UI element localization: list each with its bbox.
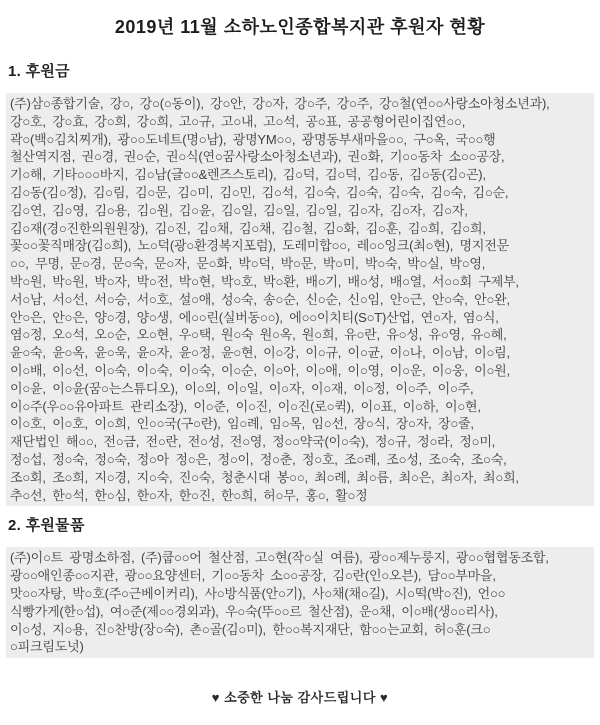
donor-line: 조○회, 조○희, 지○경, 지○숙, 진○숙, 청춘시대 봉○○, 최○례, … xyxy=(10,469,594,487)
donor-line: 김○재(경○진한의원원장), 김○진, 김○채, 김○채, 김○철, 김○화, … xyxy=(10,220,594,238)
donor-line: 이○주(우○○유아파트 관리소장), 이○준, 이○진, 이○진(로○퀵), 이… xyxy=(10,398,594,416)
donor-line: 식빵가게(한○섭), 여○준(제○○경외과), 우○숙(뚜○○르 철산점), 운… xyxy=(10,603,594,621)
donor-line: 이○윤, 이○윤(꿈○는스튜디오), 이○의, 이○일, 이○자, 이○재, 이… xyxy=(10,380,594,398)
donation-donor-list: (주)삼○종합기술, 강○, 강○(○동이), 강○안, 강○자, 강○주, 강… xyxy=(6,93,594,506)
donor-line: 박○원, 박○원, 박○자, 박○전, 박○현, 박○호, 박○환, 배○기, … xyxy=(10,273,594,291)
donor-line: 광○○애인종○○지관, 광○○요양센터, 기○○동차 소○○공장, 김○란(인○… xyxy=(10,567,594,585)
donor-line: 철산역지점, 권○경, 권○순, 권○식(연○꿈사랑소아청소년과), 권○화, … xyxy=(10,148,594,166)
donor-line: 서○남, 서○선, 서○승, 서○호, 설○애, 성○숙, 송○순, 신○순, … xyxy=(10,291,594,309)
donor-line: 꽃○○꽃직매장(김○희), 노○덕(광○환경복지포럼), 도레미합○○, 레○○… xyxy=(10,237,594,255)
donor-line: 강○호, 강○효, 강○희, 강○희, 고○규, 고○내, 고○석, 공○표, … xyxy=(10,113,594,131)
thank-you-message: ♥ 소중한 나눔 감사드립니다 ♥ xyxy=(0,690,600,705)
donor-line: 곽○(백○김치찌개), 광○○도네트(명○남), 광명YM○○, 광명동부새마을… xyxy=(10,131,594,149)
donor-line: 기○해, 기타○○○바지, 김○남(글○○&렌즈스토리), 김○덕, 김○덕, … xyxy=(10,166,594,184)
donor-line: 이○성, 지○용, 진○찬방(장○숙), 촌○골(김○미), 한○○복지재단, … xyxy=(10,621,594,639)
donor-line: 정○섭, 정○숙, 정○숙, 정○아 정○은, 정○이, 정○춘, 정○호, 조… xyxy=(10,451,594,469)
donor-line: 윤○숙, 윤○옥, 윤○욱, 윤○자, 윤○정, 윤○현, 이○강, 이○규, … xyxy=(10,344,594,362)
donor-line: ○○, 무명, 문○경, 문○숙, 문○자, 문○화, 박○덕, 박○문, 박○… xyxy=(10,255,594,273)
donor-line: 맛○○자탕, 박○호(주○근베이커리), 사○방식품(안○기), 사○채(채○길… xyxy=(10,585,594,603)
document-title: 2019년 11월 소하노인종합복지관 후원자 현황 xyxy=(0,16,600,38)
donor-line: 김○동(김○정), 김○림, 김○문, 김○미, 김○민, 김○석, 김○숙, … xyxy=(10,184,594,202)
donor-line: 김○연, 김○영, 김○용, 김○원, 김○윤, 김○일, 김○일, 김○일, … xyxy=(10,202,594,220)
donor-line: (주)삼○종합기술, 강○, 강○(○동이), 강○안, 강○자, 강○주, 강… xyxy=(10,95,594,113)
donor-line: 추○선, 한○석, 한○심, 한○자, 한○진, 한○희, 허○무, 홍○, 활… xyxy=(10,487,594,505)
donor-line: 염○정, 오○석, 오○순, 오○현, 우○택, 원○숙 원○옥, 원○희, 유… xyxy=(10,326,594,344)
section-2-heading: 2. 후원물품 xyxy=(8,518,600,534)
goods-donor-list: (주)이○트 광명소하점, (주)쿱○○어 철산점, 고○현(작○실 여름), … xyxy=(6,547,594,658)
donor-line: 안○은, 안○은, 양○경, 양○생, 에○○린(실버동○○), 에○○이치티(… xyxy=(10,309,594,327)
donor-line: ○피크림도넛) xyxy=(10,638,594,656)
donor-line: 이○배, 이○선, 이○숙, 이○숙, 이○숙, 이○순, 이○아, 이○애, … xyxy=(10,362,594,380)
donor-line: 이○호, 이○호, 이○희, 인○○국(구○란), 임○례, 임○목, 임○선,… xyxy=(10,415,594,433)
donor-line: (주)이○트 광명소하점, (주)쿱○○어 철산점, 고○현(작○실 여름), … xyxy=(10,549,594,567)
donor-line: 재단법인 해○○, 전○금, 전○란, 전○성, 전○영, 정○○약국(이○숙)… xyxy=(10,433,594,451)
section-1-heading: 1. 후원금 xyxy=(8,64,600,80)
